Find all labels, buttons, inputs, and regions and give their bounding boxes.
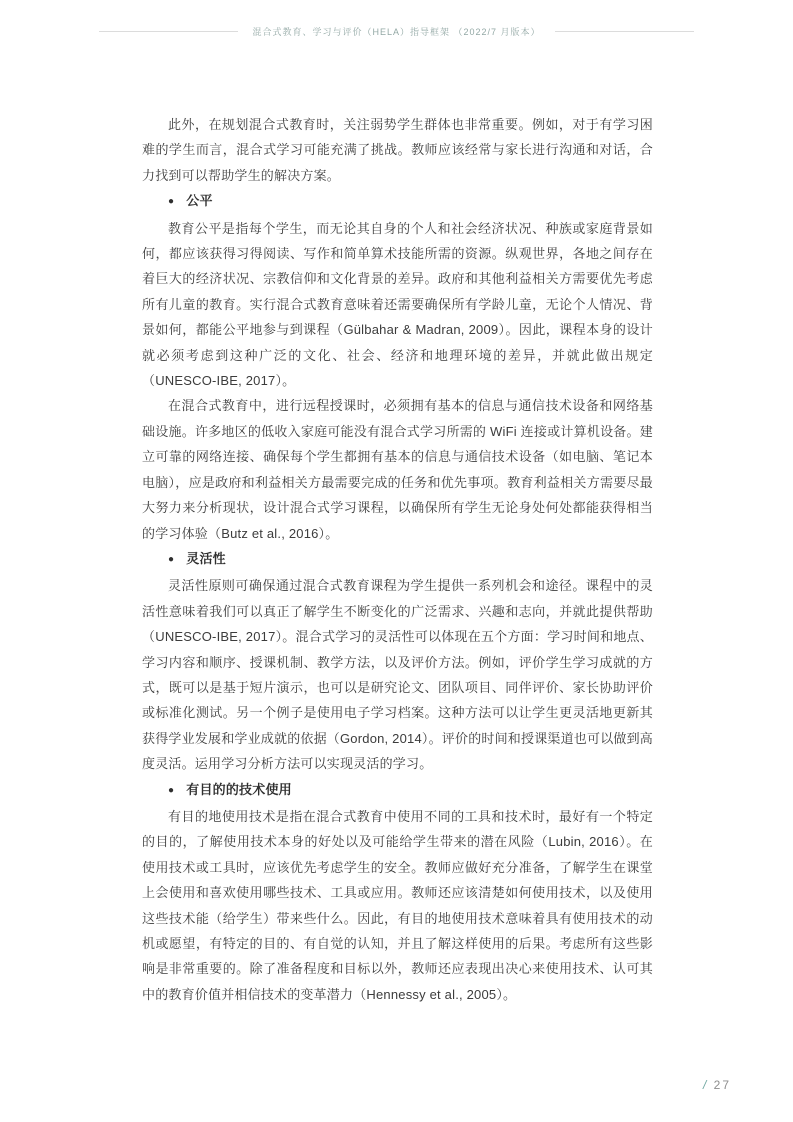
- document-page: 混合式教育、学习与评价（HELA）指导框架 （2022/7 月版本） 此外，在规…: [0, 0, 793, 1122]
- header-rule-right: [555, 31, 694, 32]
- bullet-icon: ●: [168, 189, 174, 214]
- section-heading: ●灵活性: [142, 546, 653, 573]
- section-heading-label: 有目的的技术使用: [186, 782, 292, 797]
- page-footer: / 27: [703, 1078, 731, 1092]
- document-body: 此外，在规划混合式教育时，关注弱势学生群体也非常重要。例如，对于有学习困难的学生…: [142, 112, 653, 1007]
- paragraph: 有目的地使用技术是指在混合式教育中使用不同的工具和技术时，最好有一个特定的目的，…: [142, 804, 653, 1007]
- section-heading-label: 公平: [186, 193, 212, 208]
- section-heading-label: 灵活性: [186, 551, 226, 566]
- paragraph: 在混合式教育中，进行远程授课时，必须拥有基本的信息与通信技术设备和网络基础设施。…: [142, 393, 653, 545]
- paragraph: 灵活性原则可确保通过混合式教育课程为学生提供一系列机会和途径。课程中的灵活性意味…: [142, 573, 653, 776]
- header-title: 混合式教育、学习与评价（HELA）指导框架 （2022/7 月版本）: [252, 25, 540, 38]
- section-heading: ●公平: [142, 188, 653, 215]
- page-header: 混合式教育、学习与评价（HELA）指导框架 （2022/7 月版本）: [99, 25, 694, 38]
- bullet-icon: ●: [168, 778, 174, 803]
- page-number: 27: [714, 1078, 731, 1092]
- paragraph: 此外，在规划混合式教育时，关注弱势学生群体也非常重要。例如，对于有学习困难的学生…: [142, 112, 653, 188]
- bullet-icon: ●: [168, 547, 174, 572]
- paragraph: 教育公平是指每个学生，而无论其自身的个人和社会经济状况、种族或家庭背景如何，都应…: [142, 216, 653, 394]
- header-rule-left: [99, 31, 238, 32]
- page-number-separator: /: [703, 1078, 708, 1092]
- section-heading: ●有目的的技术使用: [142, 777, 653, 804]
